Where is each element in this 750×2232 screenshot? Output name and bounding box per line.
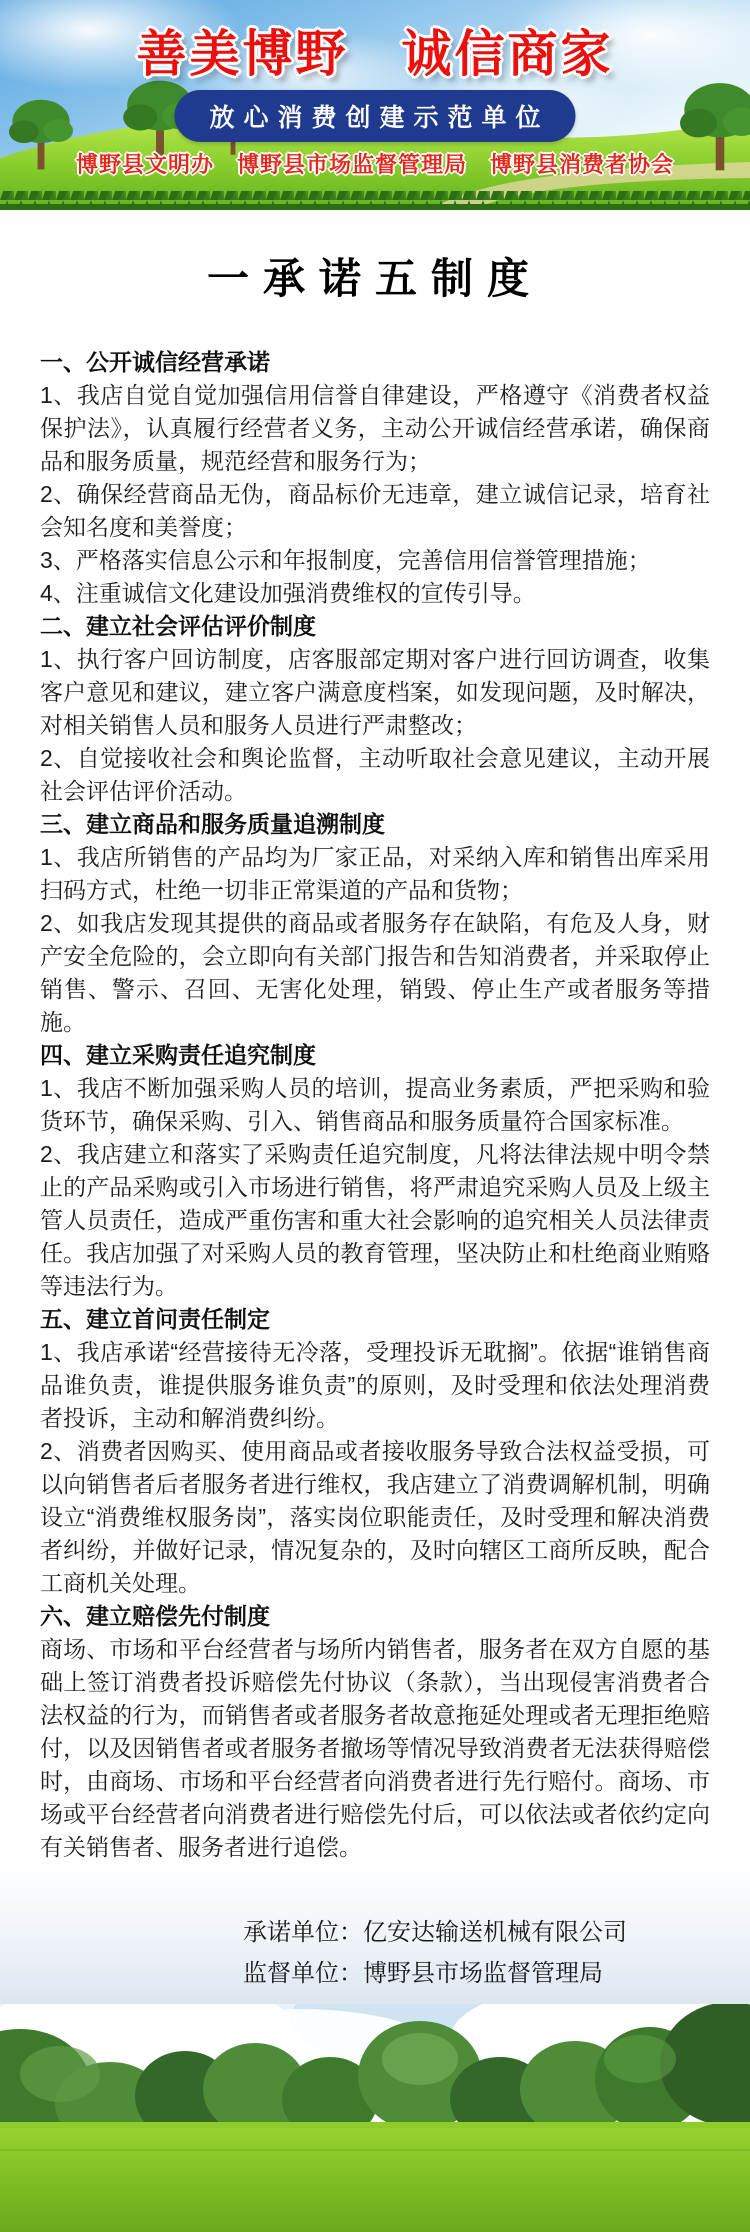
section-heading: 五、建立首问责任制定 (40, 1303, 710, 1336)
paragraph: 1、执行客户回访制度，店客服部定期对客户进行回访调查，收集客户意见和建议，建立客… (40, 643, 710, 742)
page-title: 一承诺五制度 (40, 246, 710, 306)
paragraph: 2、消费者因购买、使用商品或者接收服务导致合法权益受损，可以向销售者后者服务者进… (40, 1435, 710, 1600)
section-1: 一、公开诚信经营承诺 1、我店自觉自觉加强信用信誉自律建设，严格遵守《消费者权益… (40, 346, 710, 610)
paragraph: 1、我店所销售的产品均为厂家正品，对采纳入库和销售出库采用扫码方式，杜绝一切非正… (40, 841, 710, 907)
certification-banner: 放心消费创建示范单位 (174, 90, 575, 142)
paragraph: 2、如我店发现其提供的商品或者服务存在缺陷，有危及人身，财产安全危险的，会立即向… (40, 907, 710, 1039)
section-4: 四、建立采购责任追究制度 1、我店不断加强采购人员的培训，提高业务素质，严把采购… (40, 1039, 710, 1303)
paragraph: 1、我店承诺“经营接待无冷落，受理投诉无耽搁”。依据“谁销售商品谁负责，谁提供服… (40, 1336, 710, 1435)
scenery-image (0, 2004, 750, 2232)
supervise-unit-line: 监督单位：博野县市场监督管理局 (243, 1953, 627, 1994)
section-5: 五、建立首问责任制定 1、我店承诺“经营接待无冷落，受理投诉无耽搁”。依据“谁销… (40, 1303, 710, 1600)
paragraph: 2、我店建立和落实了采购责任追究制度，凡将法律法规中明令禁止的产品采购或引入市场… (40, 1138, 710, 1303)
section-heading: 一、公开诚信经营承诺 (40, 346, 710, 379)
section-6: 六、建立赔偿先付制度 商场、市场和平台经营者与场所内销售者，服务者在双方自愿的基… (40, 1600, 710, 1864)
paragraph: 4、注重诚信文化建设加强消费维权的宣传引导。 (40, 577, 710, 610)
commit-unit-line: 承诺单位：亿安达输送机械有限公司 (243, 1912, 627, 1953)
document-body: 一承诺五制度 一、公开诚信经营承诺 1、我店自觉自觉加强信用信誉自律建设，严格遵… (0, 210, 750, 1864)
paragraph: 商场、市场和平台经营者与场所内销售者，服务者在双方自愿的基础上签订消费者投诉赔偿… (40, 1633, 710, 1864)
section-heading: 六、建立赔偿先付制度 (40, 1600, 710, 1633)
paragraph: 1、我店自觉自觉加强信用信誉自律建设，严格遵守《消费者权益保护法》，认真履行经营… (40, 379, 710, 478)
poster: 善美博野 诚信商家 放心消费创建示范单位 博野县文明办 博野县市场监督管理局 博… (0, 0, 750, 2232)
organizations-line: 博野县文明办 博野县市场监督管理局 博野县消费者协会 (0, 148, 750, 179)
paragraph: 2、确保经营商品无伪，商品标价无违章，建立诚信记录，培育社会知名度和美誉度； (40, 478, 710, 544)
section-heading: 四、建立采购责任追究制度 (40, 1039, 710, 1072)
section-2: 二、建立社会评估评价制度 1、执行客户回访制度，店客服部定期对客户进行回访调查，… (40, 610, 710, 808)
paragraph: 1、我店不断加强采购人员的培训，提高业务素质，严把采购和验货环节，确保采购、引入… (40, 1072, 710, 1138)
paragraph: 3、严格落实信息公示和年报制度，完善信用信誉管理措施； (40, 544, 710, 577)
section-3: 三、建立商品和服务质量追溯制度 1、我店所销售的产品均为厂家正品，对采纳入库和销… (40, 808, 710, 1039)
treeline-grass-icon (0, 2004, 750, 2232)
section-heading: 三、建立商品和服务质量追溯制度 (40, 808, 710, 841)
footer-info: 承诺单位：亿安达输送机械有限公司 监督单位：博野县市场监督管理局 申诉举报电话：… (0, 1864, 750, 2004)
paragraph: 2、自觉接收社会和舆论监督，主动听取社会意见建议，主动开展社会评估评价活动。 (40, 742, 710, 808)
hero-banner: 善美博野 诚信商家 放心消费创建示范单位 博野县文明办 博野县市场监督管理局 博… (0, 0, 750, 210)
section-heading: 二、建立社会评估评价制度 (40, 610, 710, 643)
hero-title: 善美博野 诚信商家 (0, 14, 750, 86)
